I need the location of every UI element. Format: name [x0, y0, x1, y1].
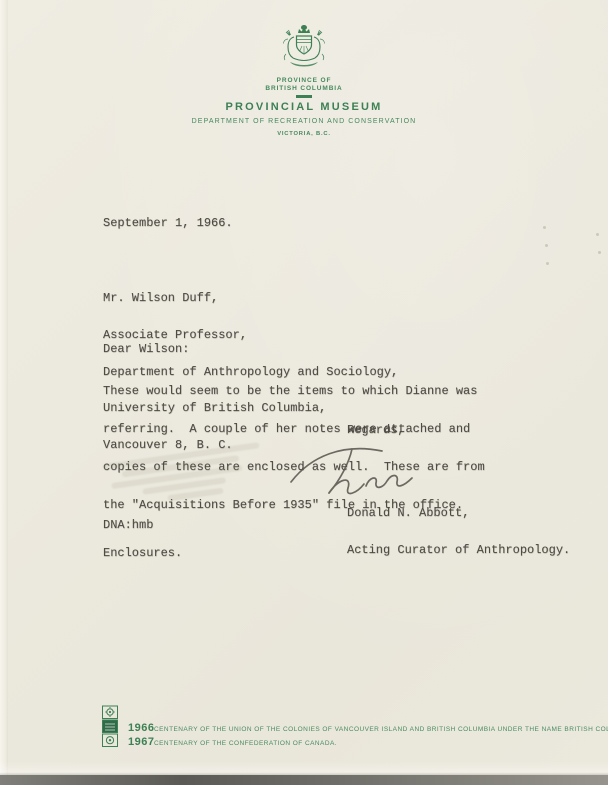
signer-block: Donald N. Abbott, Acting Curator of Anth… [347, 483, 570, 581]
typist-reference: DNA:hmb [103, 519, 153, 531]
footer-year-1966: 1966 [128, 722, 154, 734]
body-line: These would seem to be the items to whic… [103, 385, 485, 398]
speckle [596, 233, 599, 236]
speckle [545, 244, 548, 247]
recipient-line: Mr. Wilson Duff, [103, 292, 398, 304]
speckle [543, 226, 546, 229]
scan-left-edge [0, 0, 8, 775]
recipient-line: Associate Professor, [103, 329, 398, 341]
footer-year-1967: 1967 [128, 736, 154, 748]
closing: Regards, [347, 424, 405, 436]
scan-bottom-band [0, 775, 608, 785]
speckle [598, 251, 601, 254]
footer-text-1966: CENTENARY OF THE UNION OF THE COLONIES O… [154, 726, 608, 733]
body-line: referring. A couple of her notes were at… [103, 423, 485, 436]
letterhead-city: VICTORIA, B.C. [0, 131, 608, 137]
footer-text-1967: CENTENARY OF THE CONFEDERATION OF CANADA… [154, 740, 337, 747]
signer-name: Donald N. Abbott, [347, 507, 570, 519]
province-line1: PROVINCE OF [0, 77, 608, 84]
letterhead-title: PROVINCIAL MUSEUM [0, 101, 608, 113]
letterhead-department: DEPARTMENT OF RECREATION AND CONSERVATIO… [0, 118, 608, 125]
centennial-footer: 1966 CENTENARY OF THE UNION OF THE COLON… [100, 705, 608, 750]
letter-date: September 1, 1966. [103, 217, 233, 229]
signer-title: Acting Curator of Anthropology. [347, 544, 570, 556]
bc-coat-of-arms-icon [273, 24, 335, 76]
enclosures-note: Enclosures. [103, 547, 182, 559]
province-line2: BRITISH COLUMBIA [0, 85, 608, 92]
centennial-emblem-icon [100, 705, 120, 749]
scanned-letter: PROVINCE OF BRITISH COLUMBIA PROVINCIAL … [0, 0, 608, 785]
paper-bottom-edge [0, 761, 608, 775]
letterhead-divider [296, 95, 312, 98]
salutation: Dear Wilson: [103, 343, 189, 355]
speckle [546, 262, 549, 265]
